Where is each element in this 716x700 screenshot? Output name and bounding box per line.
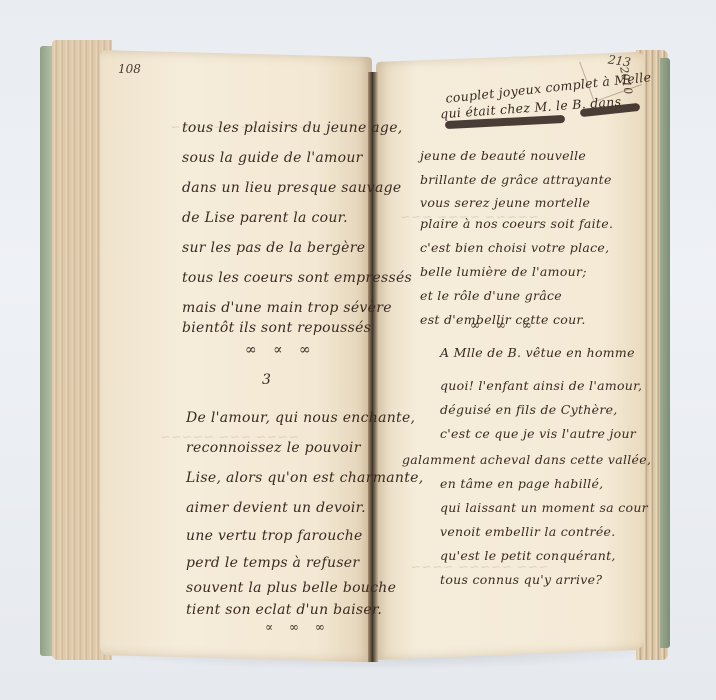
verse-line: déguisé en fils de Cythère, <box>440 402 618 417</box>
verse-line: plaire à nos coeurs soit faite. <box>420 216 613 231</box>
verse-line: tous les coeurs sont empressés <box>182 270 412 286</box>
verse-line: c'est bien choisi votre place, <box>420 240 609 255</box>
verse-line: mais d'une main trop sévère <box>182 300 392 316</box>
verse-line: qui laissant un moment sa cour <box>440 500 648 515</box>
verse-line: perd le temps à refuser <box>186 555 359 571</box>
verse-line: qu'est le petit conquérant, <box>440 548 616 563</box>
verse-line: De l'amour, qui nous enchante, <box>186 410 415 426</box>
verse-line: tous les plaisirs du jeune age, <box>182 120 403 136</box>
verse-line: dans un lieu presque sauvage <box>182 180 401 196</box>
verse-line: belle lumière de l'amour; <box>420 264 587 279</box>
verse-line: et le rôle d'une grâce <box>420 288 562 303</box>
verse-line: en tâme en page habillé, <box>440 476 603 491</box>
verse-line: jeune de beauté nouvelle <box>420 148 586 163</box>
ornament-divider: ∞ ∝ ∞ <box>245 342 317 358</box>
verse-line: sur les pas de la bergère <box>182 240 365 256</box>
verse-line: aimer devient un devoir. <box>186 500 366 516</box>
ornament-divider: ∞ ∞ ∞ <box>470 318 538 332</box>
verse-line: c'est ce que je vis l'autre jour <box>440 426 636 441</box>
verse-line: brillante de grâce attrayante <box>420 172 612 187</box>
stanza-number: 3 <box>262 372 271 388</box>
verse-line: tous connus qu'y arrive? <box>440 572 602 587</box>
open-manuscript-book: ~~~ ~~~~ ~~~~~~ ~~~~ ~~~ ~~~~~ ~~~~~ ~~~… <box>0 0 716 700</box>
verse-line: venoit embellir la contrée. <box>440 524 616 539</box>
verse-line: Lise, alors qu'on est charmante, <box>186 470 424 486</box>
ornament-divider: ∝ ∞ ∞ <box>265 620 331 634</box>
verse-line: galamment acheval dans cette vallée, <box>402 452 651 467</box>
left-page-number: 108 <box>118 62 141 76</box>
verse-line: une vertu trop farouche <box>186 528 363 544</box>
verse-line: bientôt ils sont repoussés <box>182 320 371 336</box>
verse-line: souvent la plus belle bouche <box>186 580 396 596</box>
verse-line: vous serez jeune mortelle <box>420 195 590 210</box>
green-cover-right <box>660 58 670 648</box>
poem-heading: A Mlle de B. vêtue en homme <box>440 345 635 360</box>
verse-line: sous la guide de l'amour <box>182 150 363 166</box>
book-gutter <box>368 72 378 662</box>
verse-line: quoi! l'enfant ainsi de l'amour, <box>440 378 642 393</box>
verse-line: tient son eclat d'un baiser. <box>186 602 382 618</box>
verse-line: de Lise parent la cour. <box>182 210 348 226</box>
verse-line: reconnoissez le pouvoir <box>186 440 361 456</box>
